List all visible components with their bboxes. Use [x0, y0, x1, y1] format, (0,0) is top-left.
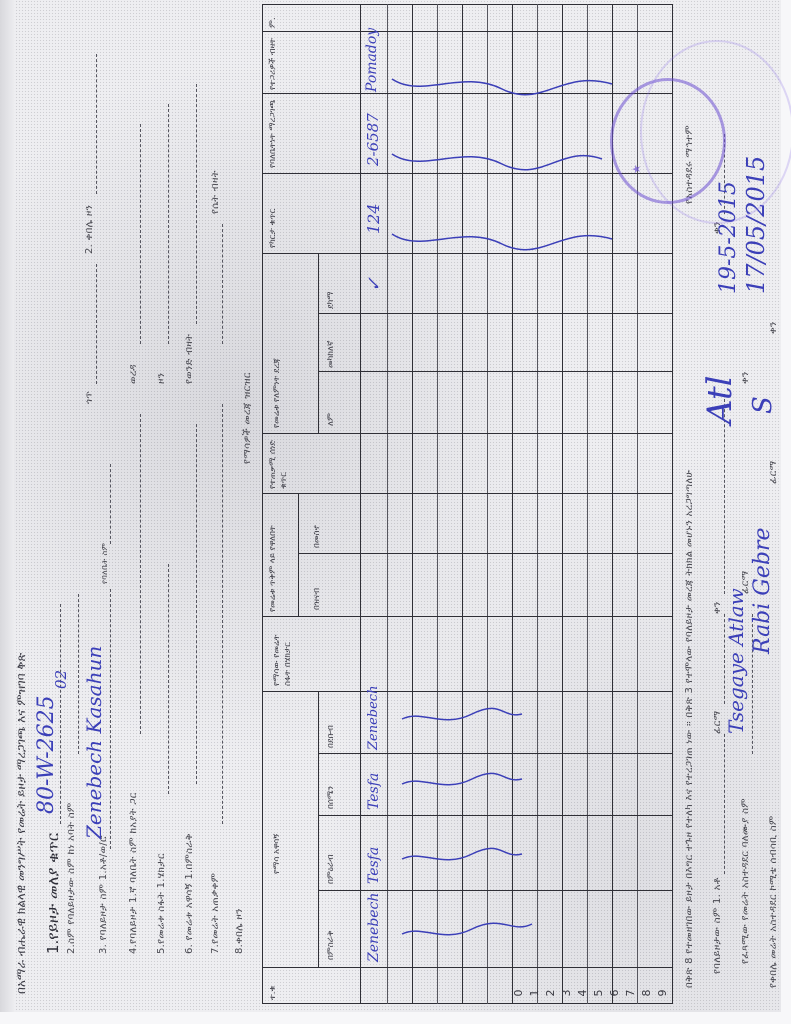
footer-line-committee-date-label: ቀን [768, 321, 779, 334]
expert-signature: Atl [700, 376, 740, 425]
group-subheader-line [298, 494, 299, 617]
footer-line-committee-label: የቀበሌ መሬት አስተዳደር ኮሚቴ ሰብሳቢ ስም [768, 815, 779, 988]
holder-date-line [724, 394, 725, 594]
field-land-use-label: 7.የመሬት አጠቃቀም [210, 873, 221, 954]
cell-map-number: 124 [364, 203, 383, 234]
right-field-zone: ዞን [156, 373, 167, 384]
parcel-id-subvalue: 02 [52, 670, 70, 689]
row-number: 9 [656, 982, 669, 1004]
right-field-woreda: ወረዳ [128, 364, 139, 384]
land-use-line [222, 404, 223, 824]
col-group-land-use: የመሬቱ ጥቅም ላይ የዋለበት [268, 496, 279, 612]
col-header-doc-number: የተጠቃሚ ሰነድ ቁጥር [268, 435, 290, 489]
col-group-fertility: የመሬቱ የለምነት ደረጃ [272, 256, 283, 428]
footer-line-holder-signature-label: ፊርማ [712, 711, 723, 734]
office-stamp-faint-ring [640, 40, 791, 224]
field-parcel-id-label: 1.የይዞታ መለያ ቁጥር [44, 833, 62, 954]
cell-certificate: 2-6587 [364, 113, 382, 166]
zone-line [168, 104, 169, 344]
strike-through-wavy-lines-right [382, 4, 622, 264]
col-header-poor: ደካማ [326, 257, 337, 309]
kebele-line [96, 54, 97, 194]
expert-name-value: Tsegaye Atlaw [724, 588, 748, 734]
row-number: 7 [624, 982, 637, 1004]
first-owner-line [140, 414, 141, 734]
cell-north: Tesfa [366, 773, 382, 810]
col-line [262, 433, 672, 434]
col-group-boundaries: የማሳ አዋሳኝ [272, 714, 283, 874]
col-header-remark: ም. [268, 6, 279, 28]
row-number: 5 [592, 982, 605, 1004]
cell-east: Zenebech [366, 893, 382, 962]
footer-statement: በቅጽ 8 የተመዘገበው ይዞታ በእግር ተጉዞ የተለካ እና የተረጋገ… [684, 470, 695, 988]
col-header-irrigation: በመስኖ [312, 496, 323, 548]
rotated-form-page: በአማራ ብሔራዊ ክልላዊ መንግሥት የመሬት ይዞታ ማረጋገጫ እና ም… [0, 0, 791, 1024]
form-title: በአማራ ብሔራዊ ክልላዊ መንግሥት የመሬት ይዞታ ማረጋገጫ እና ም… [14, 653, 29, 994]
col-header-east: በምስራቅ [326, 894, 337, 960]
male-count-line [196, 84, 197, 324]
col-header-no: ተ.ቁ [268, 970, 279, 1000]
col-header-west: በምዕራብ [326, 818, 337, 884]
stamp-star-icon: ★ [630, 164, 643, 174]
footer-line-expert-date-label: ቀን [740, 371, 751, 384]
field-first-owner-label: 4.የባለይዞታ 1.ኛ ባለቤት ስም ከአያት ጋር [128, 792, 139, 954]
group-subheader-line [318, 692, 319, 968]
footer-line-committee-signature-label: ፊርማ [768, 461, 779, 484]
col-line [318, 371, 672, 372]
section-title: የማሳዎች መረጃ ዝርዝር [242, 372, 253, 464]
right-field-kebele: 2. ቀበሌ ዞን [84, 205, 95, 254]
holder-trailing-line [110, 464, 111, 544]
holder-value: Zenebech Kasahun [82, 646, 106, 839]
holder-sign-line [724, 734, 725, 874]
row-number: 8 [640, 982, 653, 1004]
field-kebele-label: 8.ቀበሌ ዞን [234, 908, 245, 954]
committee-name-value: Rabi Gebre [750, 527, 775, 654]
col-header-area: የማሳው የመሬት ስፋት በሄክታር [272, 620, 294, 686]
col-header-south: በደቡብ [326, 696, 337, 748]
footer-line-holder-label: የባለይዞታው ስም 1. አቶ [712, 877, 723, 974]
cell-south: Zenebech [366, 686, 381, 750]
right-field-male-count: የወንድ ብዛት [184, 334, 195, 384]
area-line [168, 564, 169, 794]
field-area-label: 5.የመሬቱ ስፋት 1.ሄክታር [156, 853, 167, 954]
group-subheader-line [318, 254, 319, 434]
col-header-certificate: የባለቤትነት ማረጋገጫ [268, 96, 279, 168]
footer-line-holder-date-label: ቀን [712, 601, 723, 614]
field-holder-label: 3. የባለይዞታ ስም 1.አቶ/ወ/ሮ [98, 835, 109, 954]
row-number: 2 [544, 982, 557, 1004]
row-number: 0 [512, 982, 525, 1004]
header-separator [360, 4, 361, 1004]
row-number: 4 [576, 982, 589, 1004]
col-line [262, 493, 672, 494]
col-header-north: በሰሜን [326, 757, 337, 809]
holder-trailing-label: የባለቤት ስም [100, 543, 110, 584]
table-top-border [262, 4, 263, 1004]
woreda-line [140, 124, 141, 344]
col-line [318, 313, 672, 314]
right-field-got: ጎጥ [84, 391, 95, 404]
committee-signature: S [748, 396, 778, 414]
row-number: 3 [560, 982, 573, 1004]
col-header-fertile: ለም [326, 374, 337, 426]
field-boundary-label: 6. የመሬቱ አዋሳኝ 1.በምስራቅ [184, 833, 195, 954]
col-line [298, 553, 672, 554]
strike-through-wavy-lines-left [382, 674, 542, 954]
right-field-female-count: የሴት ብዛት [210, 170, 221, 214]
parcel-id-line [60, 604, 61, 824]
col-header-medium: መካከለኛ [326, 316, 337, 368]
col-line [262, 967, 672, 968]
row-number: 1 [528, 982, 541, 1004]
female-count-line [222, 224, 223, 344]
row-number: 6 [608, 982, 621, 1004]
boundary-line [196, 424, 197, 784]
cell-west: Tesfa [366, 847, 382, 884]
footer-line-expert-label: የፈጻሚው የመሬት አስተዳደር ባለሙያ ስም [740, 798, 751, 964]
cell-poor-check: ✓ [364, 277, 385, 292]
parcel-id-value: 80-W-2625 [34, 695, 59, 814]
col-header-rain: በዝናብ [312, 556, 323, 610]
col-line [262, 616, 672, 617]
col-header-sharers: የተጋሪዎች ብዛት [268, 34, 279, 90]
cell-sharers: Pomadoy [364, 28, 380, 92]
field-owner-name-label: 2.ስም የባለይዞታው ስም ከነ አባት ስም [66, 802, 77, 954]
holder-line [110, 589, 111, 849]
got-line [96, 264, 97, 384]
col-header-map-number: የካርታ ቁጥር [268, 176, 279, 248]
owner-name-line [78, 594, 79, 754]
